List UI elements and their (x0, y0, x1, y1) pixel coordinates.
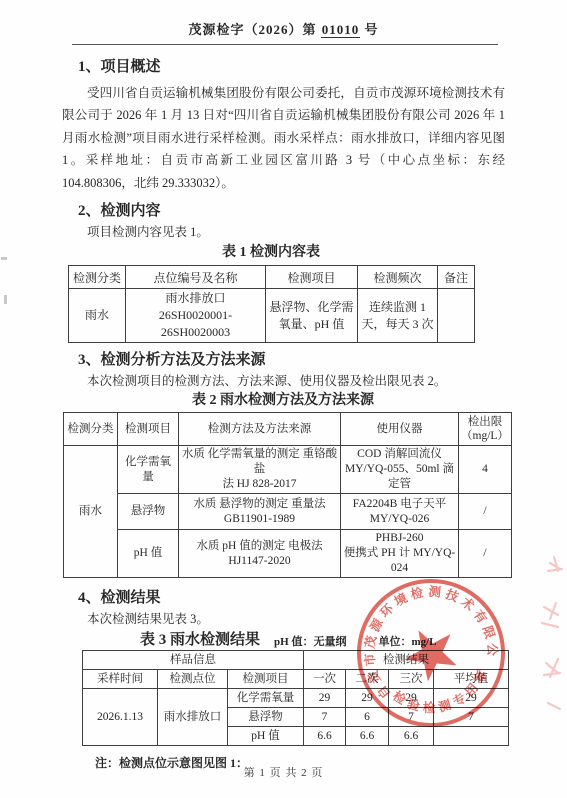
table1-cell-remark (438, 289, 475, 343)
table3-cell-v2: 6.6 (346, 727, 389, 746)
section4-paragraph: 本次检测结果见表 3。 (62, 610, 505, 628)
table3-cell-v1: 6.6 (304, 727, 346, 746)
table3-header-third: 三次 (389, 670, 434, 689)
table3-cell-avg: 7 (434, 708, 509, 727)
table3-cell-v2: 29 (346, 689, 389, 708)
table3-row-cod: 2026.1.13 雨水排放口 化学需氧量 29 29 29 29 (83, 689, 509, 708)
table3-unit-note-ph: pH 值：无量纲 (274, 635, 346, 649)
table3-cell-sample-point: 雨水排放口 (158, 689, 228, 746)
table3-header-average: 平均值 (434, 670, 509, 689)
edge-seal-fragment-icon (520, 545, 567, 735)
table3-header-second: 二次 (346, 670, 389, 689)
table1-data-row: 雨水 雨水排放口 26SH0020001-26SH0020003 悬浮物、化学需… (69, 289, 475, 343)
table2-instrument-line1: FA2204B 电子天平 (343, 497, 456, 512)
doc-number: 茂源检字（2026）第 01010 号 (0, 0, 567, 38)
table2-header-method: 检测方法及方法来源 (179, 413, 341, 446)
scan-speck (4, 295, 7, 304)
table2-method-line2: 法 HJ 828-2017 (181, 477, 338, 492)
table2-title: 表 2 雨水检测方法及方法来源 (63, 392, 503, 409)
table2-row-cod: 雨水 化学需氧量 水质 化学需氧量的测定 重铬酸盐 法 HJ 828-2017 … (64, 446, 512, 494)
table1-cell-items: 悬浮物、化学需氧量、pH 值 (266, 289, 358, 343)
table3-group-results: 检测结果 (304, 651, 509, 670)
table2-cell-method: 水质 化学需氧量的测定 重铬酸盐 法 HJ 828-2017 (179, 446, 341, 494)
table3-group-header-row: 样品信息 检测结果 (83, 651, 509, 670)
table3-cell-avg (434, 727, 509, 746)
table2-method-line1: 水质 悬浮物的测定 重量法 (181, 497, 338, 512)
table1-point-code: 26SH0020001-26SH0020003 (128, 307, 263, 341)
page-footer: 第 1 页 共 2 页 (0, 764, 567, 780)
table2-instrument-line1: PHBJ-260 (343, 531, 456, 546)
table2-cell-method: 水质 pH 值的测定 电极法 HJ1147-2020 (179, 530, 341, 578)
table2-method-line1: 水质 化学需氧量的测定 重铬酸盐 (181, 447, 338, 477)
table3-cell-item: 悬浮物 (228, 708, 304, 727)
document-page: 茂源检字（2026）第 01010 号 1、项目概述 受四川省自贡运输机械集团股… (0, 0, 567, 798)
scan-speck (1, 257, 7, 260)
table3-header-item: 检测项目 (228, 670, 304, 689)
table1-header-point: 点位编号及名称 (126, 266, 266, 289)
table2-methods-table: 检测分类 检测项目 检测方法及方法来源 使用仪器 检出限（mg/L） 雨水 化学… (63, 412, 512, 578)
table3-header-first: 一次 (304, 670, 346, 689)
table2-instrument-line2: MY/YQ-026 (343, 512, 456, 527)
table2-instrument-line1: COD 消解回流仪 (343, 447, 456, 462)
table2-header-limit: 检出限（mg/L） (459, 413, 512, 446)
table2-cell-limit: / (459, 494, 512, 530)
table2-cell-item: 悬浮物 (118, 494, 179, 530)
table2-instrument-line2: 便携式 PH 计 MY/YQ-024 (343, 546, 456, 576)
table3-header-row: 采样时间 检测点位 检测项目 一次 二次 三次 平均值 (83, 670, 509, 689)
table3-group-sample-info: 样品信息 (83, 651, 304, 670)
table3-cell-v3: 6.6 (389, 727, 434, 746)
section1-heading: 1、项目概述 (78, 57, 567, 77)
table2-header-instrument: 使用仪器 (341, 413, 459, 446)
doc-number-prefix: 茂源检字（2026）第 (188, 22, 316, 37)
table2-cell-instrument: FA2204B 电子天平 MY/YQ-026 (341, 494, 459, 530)
table1-cell-category: 雨水 (69, 289, 126, 343)
table1-point-name: 雨水排放口 (128, 290, 263, 307)
section2-heading: 2、检测内容 (78, 201, 567, 221)
header-divider (72, 44, 498, 45)
table2-cell-item: 化学需氧量 (118, 446, 179, 494)
table2-row-ss: 悬浮物 水质 悬浮物的测定 重量法 GB11901-1989 FA2204B 电… (64, 494, 512, 530)
section3-paragraph: 本次检测项目的检测方法、方法来源、使用仪器及检出限见表 2。 (62, 372, 505, 390)
table1-header-category: 检测分类 (69, 266, 126, 289)
table2-header-item: 检测项目 (118, 413, 179, 446)
table3-cell-v1: 29 (304, 689, 346, 708)
table2-header-row: 检测分类 检测项目 检测方法及方法来源 使用仪器 检出限（mg/L） (64, 413, 512, 446)
table3-cell-item: pH 值 (228, 727, 304, 746)
table2-method-line2: GB11901-1989 (181, 512, 338, 527)
table1-header-items: 检测项目 (266, 266, 358, 289)
section2-paragraph: 项目检测内容见表 1。 (62, 223, 505, 241)
table1-cell-frequency: 连续监测 1 天，每天 3 次 (358, 289, 438, 343)
table3-unit-note: 单位：mg/L (378, 635, 436, 649)
table2-method-line1: 水质 pH 值的测定 电极法 (181, 539, 338, 554)
table2-cell-limit: / (459, 530, 512, 578)
table3-results-table: 样品信息 检测结果 采样时间 检测点位 检测项目 一次 二次 三次 平均值 20… (82, 650, 509, 746)
section1-paragraph: 受四川省自贡运输机械集团股份有限公司委托，自贡市茂源环境检测技术有限公司于 20… (62, 82, 505, 194)
table3-header-point: 检测点位 (158, 670, 228, 689)
table1-header-frequency: 检测频次 (358, 266, 438, 289)
table3-cell-item: 化学需氧量 (228, 689, 304, 708)
table3-header-time: 采样时间 (83, 670, 158, 689)
table3-cell-sample-time: 2026.1.13 (83, 689, 158, 746)
table2-header-category: 检测分类 (64, 413, 118, 446)
table2-cell-category: 雨水 (64, 446, 118, 578)
doc-number-value: 01010 (321, 22, 361, 38)
table1-cell-point: 雨水排放口 26SH0020001-26SH0020003 (126, 289, 266, 343)
table1-title: 表 1 检测内容表 (68, 244, 474, 261)
section4-heading: 4、检测结果 (78, 588, 567, 608)
table3-cell-v3: 7 (389, 708, 434, 727)
table2-cell-method: 水质 悬浮物的测定 重量法 GB11901-1989 (179, 494, 341, 530)
table3-cell-avg: 29 (434, 689, 509, 708)
table2-row-ph: pH 值 水质 pH 值的测定 电极法 HJ1147-2020 PHBJ-260… (64, 530, 512, 578)
table2-cell-instrument: COD 消解回流仪 MY/YQ-055、50ml 滴定管 (341, 446, 459, 494)
table1-header-remark: 备注 (438, 266, 475, 289)
table2-cell-item: pH 值 (118, 530, 179, 578)
table2-cell-instrument: PHBJ-260 便携式 PH 计 MY/YQ-024 (341, 530, 459, 578)
doc-number-suffix: 号 (365, 22, 379, 37)
table2-method-line2: HJ1147-2020 (181, 554, 338, 569)
table3-cell-v2: 6 (346, 708, 389, 727)
table1-header-row: 检测分类 点位编号及名称 检测项目 检测频次 备注 (69, 266, 475, 289)
table2-instrument-line2: MY/YQ-055、50ml 滴定管 (343, 462, 456, 492)
table1-content-table: 检测分类 点位编号及名称 检测项目 检测频次 备注 雨水 雨水排放口 26SH0… (68, 265, 475, 343)
table3-cell-v3: 29 (389, 689, 434, 708)
table3-title-row: 表 3 雨水检测结果 pH 值：无量纲 单位：mg/L (82, 631, 522, 649)
table2-cell-limit: 4 (459, 446, 512, 494)
section3-heading: 3、检测分析方法及方法来源 (78, 350, 567, 370)
table3-title: 表 3 雨水检测结果 (140, 632, 260, 649)
table3-cell-v1: 7 (304, 708, 346, 727)
